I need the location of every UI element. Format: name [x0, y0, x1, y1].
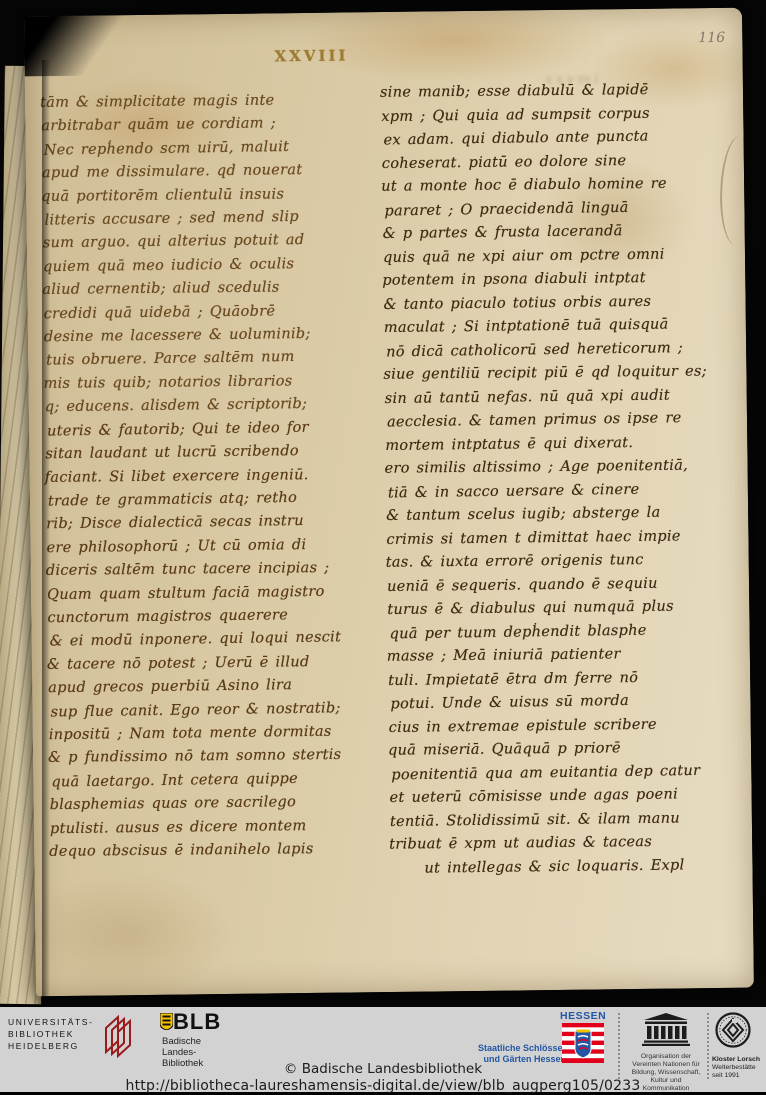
pencil-page-number: 116 [698, 30, 725, 46]
parchment-fold-mark [718, 135, 758, 246]
page-gap-shadow [42, 60, 50, 1006]
manuscript-line: ut a monte hoc ē diabulo homine re [381, 172, 711, 199]
baden-crest-icon [160, 1011, 173, 1035]
blb-label: Landes- [162, 1047, 221, 1058]
manuscript-line: ut intellegas & sic loquaris. Expl [424, 853, 720, 880]
manuscript-line: tiā & in sacco uersare & cinere [388, 477, 718, 505]
hessen-title: HESSEN [560, 1010, 604, 1022]
manuscript-line: diceris saltēm tunc tacere incipias ; [46, 557, 352, 584]
manuscript-line: masse ; Meā iniuriā patienter [387, 642, 717, 669]
manuscript-line: potui. Unde & uisus sū morda [390, 689, 720, 717]
manuscript-line: poenitentiā qua am euitantia dep catur [391, 759, 721, 787]
manuscript-line: tām & simplicitate magis inte [40, 89, 346, 116]
source-url[interactable]: http://bibliotheca-laureshamensis-digita… [0, 1078, 766, 1092]
manuscript-line: & p fundissimo nō tam somno stertis [48, 744, 354, 771]
manuscript-line: pararet ; O praecidendā linguā [384, 195, 714, 223]
manuscript-page: xxvmi XXVIII 116 tām & simplicitate magi… [24, 8, 754, 997]
manuscript-line: tas. & iuxta errorē origenis tunc [386, 548, 716, 575]
ub-heidelberg-books-icon [96, 1012, 136, 1063]
manuscript-photo: xxvmi XXVIII 116 tām & simplicitate magi… [0, 0, 766, 1007]
manuscript-line: & ei modū inponere. qui loqui nescit [50, 626, 356, 654]
manuscript-line: ex adam. qui diabulo ante puncta [383, 125, 713, 153]
text-column-left: tām & simplicitate magis intearbitrabar … [41, 88, 356, 864]
manuscript-line: aliud cernentib; aliud scedulis [42, 276, 348, 303]
blb-label: Badische [162, 1036, 221, 1047]
binding-shadow [24, 14, 205, 76]
manuscript-line: uteris & fautorib; Qui te ideo for [47, 416, 353, 444]
ub-heidelberg-label: UNIVERSITÄTS- [8, 1016, 94, 1028]
unesco-temple-icon [640, 1033, 692, 1050]
manuscript-line: sup flue canit. Ego reor & nostratib; [50, 697, 356, 725]
text-column-right: sine manib; esse diabulū & lapidēxpm ; Q… [381, 78, 721, 881]
manuscript-line: dequo abscisus ē indanihelo lapis [49, 838, 355, 865]
kloster-lorsch-emblem-icon [712, 1036, 752, 1053]
manuscript-line: potentem in psona diabuli intptat [382, 266, 712, 293]
manuscript-line: sum arguo. qui alterius potuit ad [43, 229, 349, 256]
manuscript-line: Nec repḣendo scm uirū, maluit [44, 135, 350, 163]
manuscript-line: sitan laudant ut lucrū scribendo [45, 440, 351, 467]
manuscript-line: apud me dissimulare. qd nouerat [42, 159, 348, 186]
manuscript-line: tribuat ē xpm ut audias & taceas [389, 830, 719, 857]
manuscript-line: siue gentiliū recipit piū ē qd loquitur … [383, 360, 713, 387]
manuscript-line: mis tuis quib; notarios librarios [43, 370, 349, 397]
manuscript-line: sine manib; esse diabulū & lapidē [380, 78, 710, 105]
manuscript-line: quā miseriā. Quāquā p priorē [388, 736, 718, 763]
manuscript-line: ero similis altissimo ; Age poenitentiā, [384, 454, 714, 481]
manuscript-line: Quam quam stultum faciā magistro [47, 580, 353, 607]
folio-number: XXVIII [274, 46, 348, 65]
ub-heidelberg-logo[interactable]: UNIVERSITÄTS- BIBLIOTHEK HEIDELBERG [8, 1016, 94, 1052]
ub-heidelberg-label: HEIDELBERG [8, 1040, 94, 1052]
manuscript-line: trade te grammaticis atq; retho [48, 486, 354, 514]
footer-bar: UNIVERSITÄTS- BIBLIOTHEK HEIDELBERG [0, 1007, 766, 1092]
manuscript-line: apud grecos puerbiū Asino lira [48, 674, 354, 701]
ub-heidelberg-label: BIBLIOTHEK [8, 1028, 94, 1040]
manuscript-line: quā laetargo. Int cetera quippe [51, 767, 357, 795]
manuscript-line: aecclesia. & tamen primus os ipse re [387, 407, 717, 435]
copyright-line: © Badische Landesbibliothek [0, 1061, 766, 1078]
manuscript-line: & tacere nō potest ; Uerū ē illud [47, 651, 353, 678]
blb-abbr: BLB [173, 1011, 221, 1033]
manuscript-line: ptulisti. ausus es dicere montem [50, 814, 356, 841]
manuscript-line: litteris accusare ; sed mend slip [44, 205, 350, 233]
